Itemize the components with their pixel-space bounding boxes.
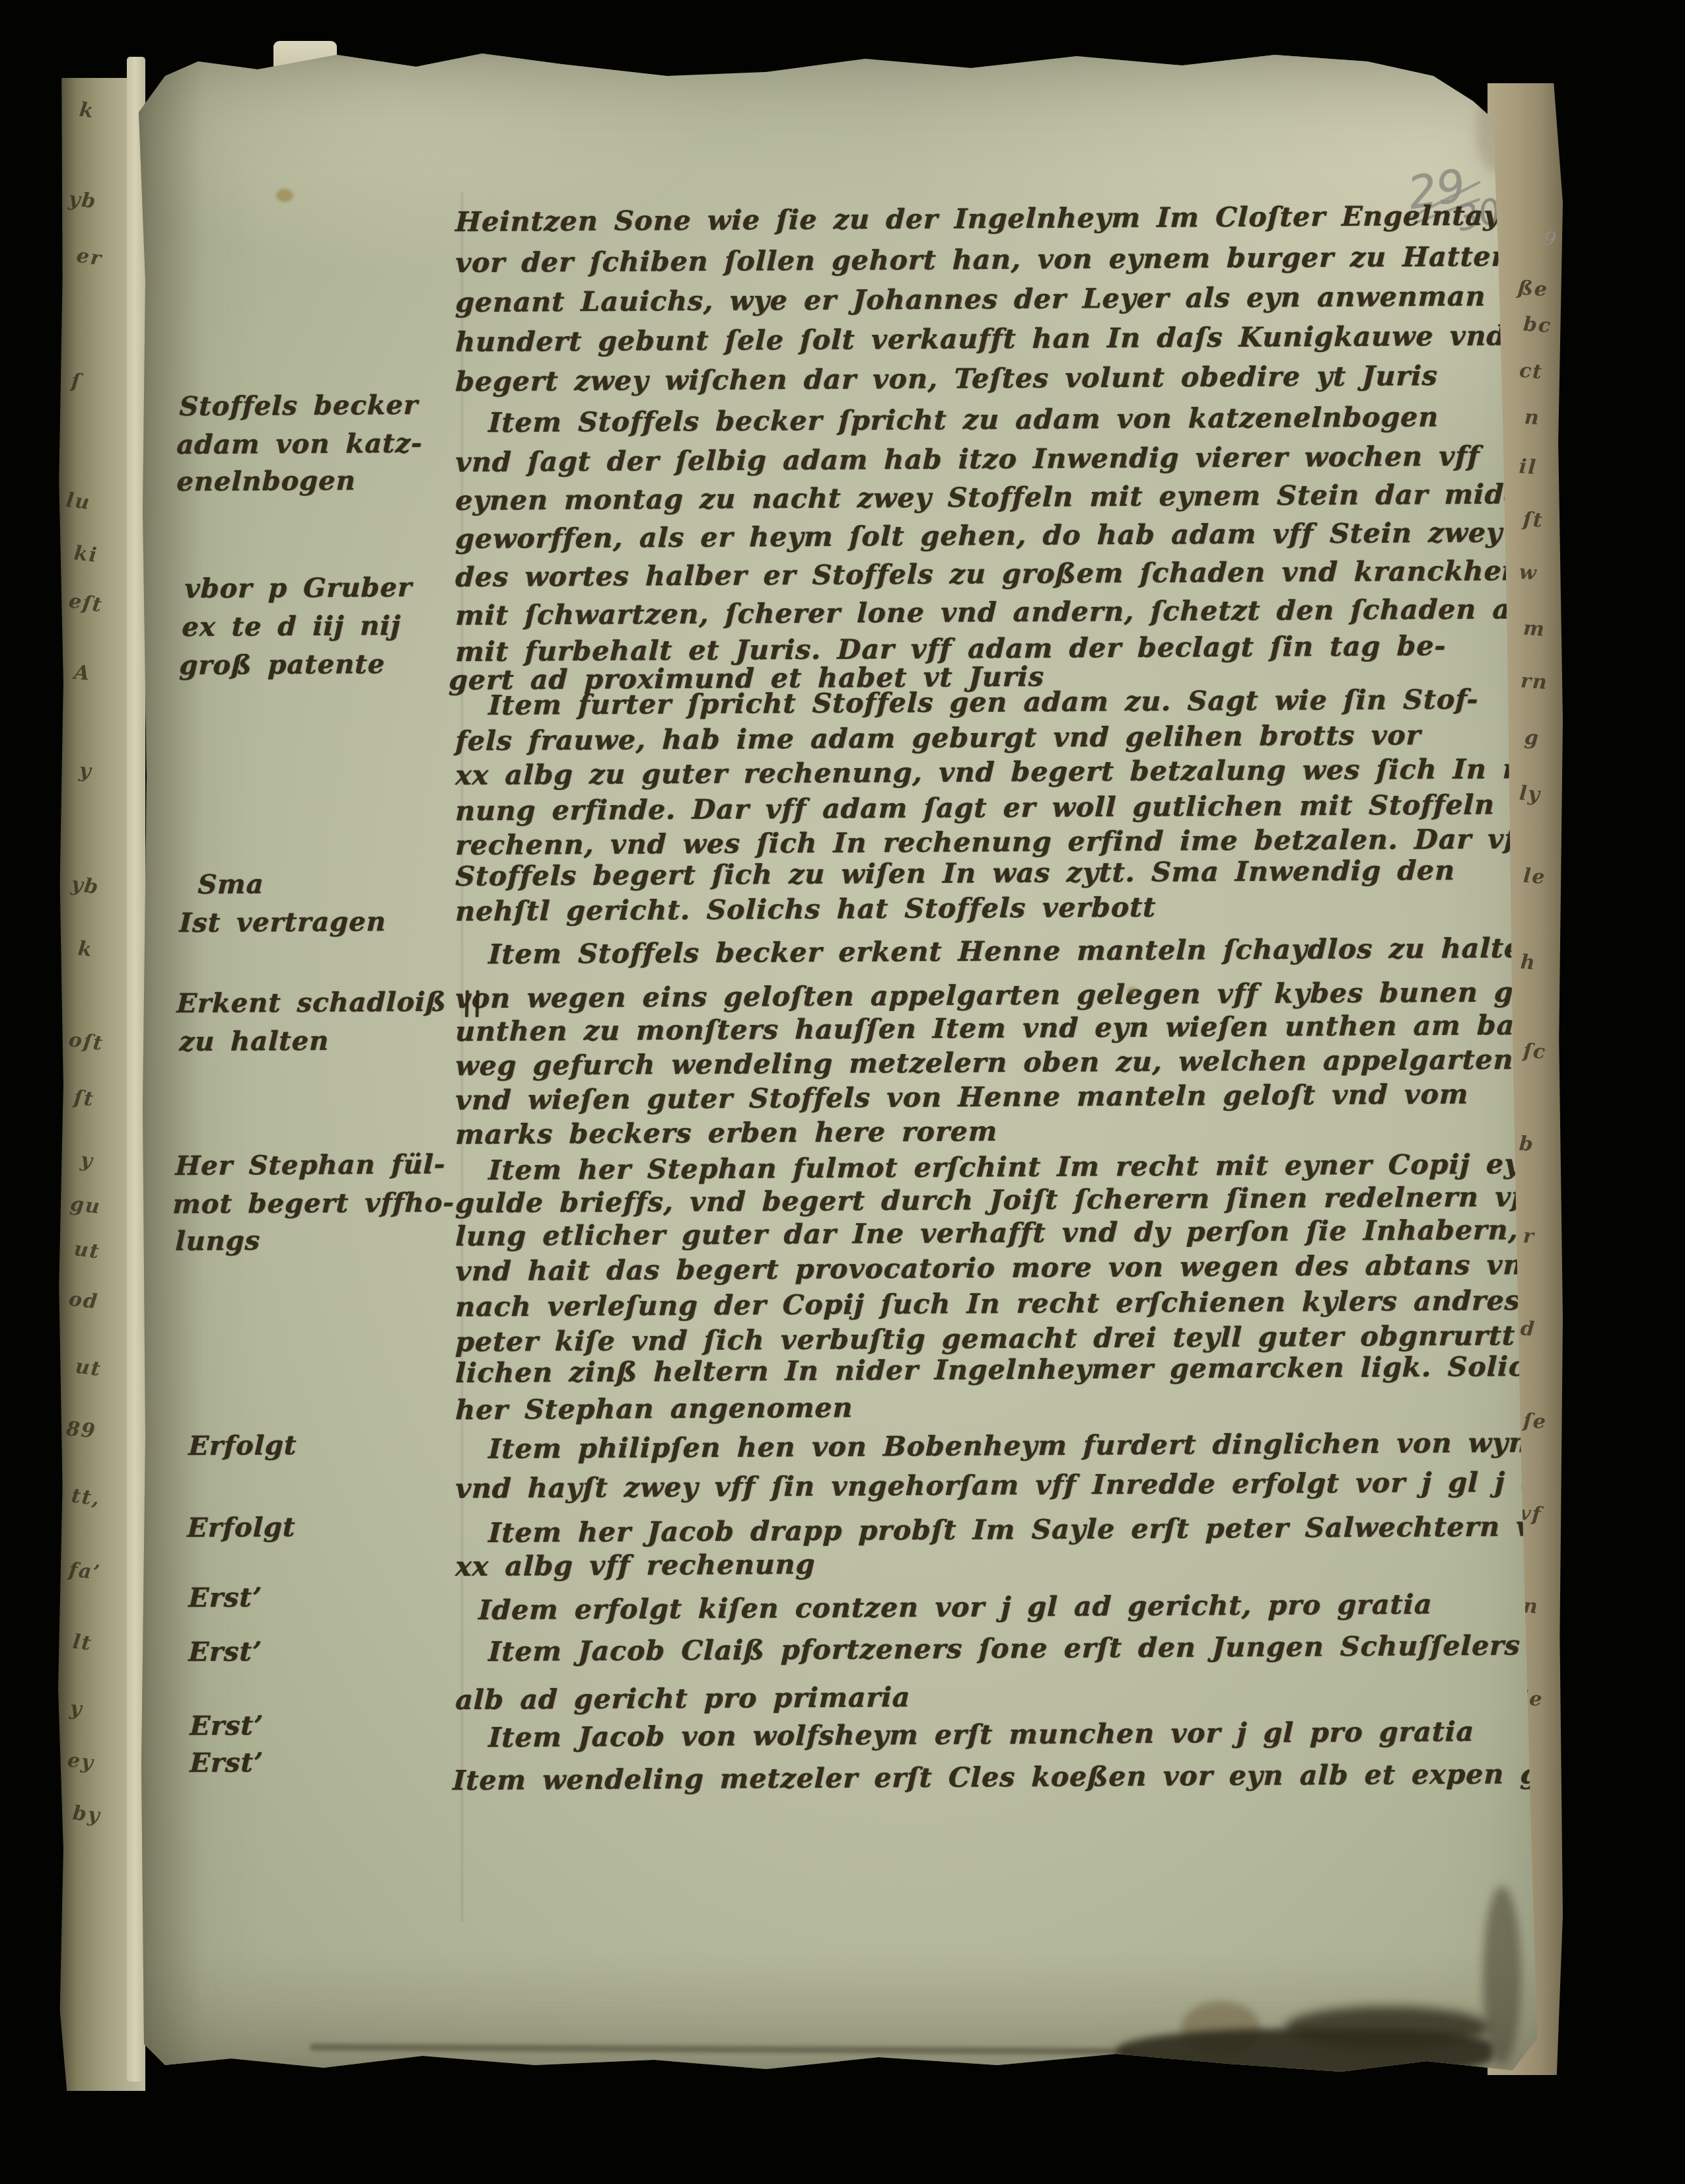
- bleed-text-fragment: by: [71, 1802, 102, 1827]
- manuscript-page: 29 30 Stoffels beckeradam von katz-eneln…: [139, 50, 1565, 2092]
- bleed-text-fragment: ut: [74, 1355, 103, 1382]
- text-line: vor der ſchiben ſollen gehort han, von e…: [455, 240, 1596, 279]
- bleed-text-fragment: fa’: [67, 1559, 102, 1585]
- bleed-text-fragment: y: [79, 1148, 95, 1173]
- bleed-text-fragment: rn: [1520, 670, 1549, 695]
- text-line: vnd hayſt zwey vff ſin vngehorſam vff In…: [455, 1466, 1571, 1504]
- bleed-text-fragment: od: [67, 1288, 99, 1314]
- bleed-text-fragment: ct: [1519, 359, 1544, 384]
- text-line: mit ſchwartzen, ſcherer lone vnd andern,…: [455, 592, 1646, 631]
- text-line: Stoffels begert ſich zu wiſen In was zyt…: [455, 855, 1456, 892]
- text-line: lichen zinß heltern In nider Ingelnheyme…: [455, 1350, 1641, 1389]
- text-line: vnd wieſen guter Stoffels von Henne mant…: [455, 1078, 1469, 1116]
- bleed-text-fragment: yb: [67, 188, 98, 213]
- bleed-text-fragment: oſt: [67, 1028, 105, 1055]
- bleed-text-fragment: w: [1519, 561, 1538, 585]
- text-line: Item wendeling metzeler erſt Cles koeßen…: [452, 1757, 1616, 1796]
- text-line: Item Stoffels becker ſpricht zu adam von…: [488, 401, 1439, 439]
- bleed-text-fragment: gu: [69, 1193, 102, 1219]
- text-line: unthen zu monſters hauſſen Item vnd eyn …: [455, 1009, 1565, 1047]
- text-line: Heintzen Sone wie ſie zu der Ingelnheym …: [455, 199, 1523, 238]
- text-line: her Stephan angenomen: [455, 1391, 853, 1426]
- bleed-text-fragment: 9: [1540, 227, 1560, 252]
- bleed-text-fragment: ſt: [1523, 508, 1544, 532]
- text-line: Item her Stephan fulmot erſchint Im rech…: [488, 1148, 1570, 1186]
- bleed-text-fragment: y: [78, 759, 93, 783]
- bleed-text-fragment: ey: [66, 1749, 95, 1775]
- text-line: vnd ſagt der ſelbig adam hab itzo Inwend…: [455, 440, 1480, 478]
- bleed-text-fragment: lt: [71, 1630, 93, 1655]
- text-line: hundert gebunt ſele ſolt verkaufft han I…: [455, 320, 1507, 358]
- bleed-text-fragment: ſe: [1523, 1409, 1548, 1434]
- bleed-text-fragment: il: [1519, 455, 1538, 479]
- text-line: Item Stoffels becker erkent Henne mantel…: [488, 932, 1543, 970]
- bleed-text-fragment: h: [1520, 950, 1537, 975]
- bleed-text-fragment: le: [1523, 864, 1547, 889]
- bleed-text-fragment: b: [1519, 1132, 1535, 1156]
- bleed-text-fragment: n: [1524, 405, 1541, 430]
- bleed-text-fragment: ly: [1519, 782, 1542, 806]
- bleed-text-fragment: ſ: [71, 369, 83, 393]
- bleed-text-fragment: m: [1523, 617, 1546, 641]
- manuscript-photo-stage: kyberſlukieſtAyybkoſtſtyguutodut89tt,fa’…: [0, 0, 1685, 2184]
- text-line: xx albg vff rechenung: [455, 1549, 816, 1582]
- bleed-text-fragment: ki: [73, 542, 99, 567]
- bleed-text-fragment: A: [73, 661, 92, 686]
- bleed-text-fragment: 89: [65, 1417, 98, 1443]
- text-line: eynen montag zu nacht zwey Stoffeln mit …: [455, 478, 1558, 516]
- bleed-text-fragment: k: [78, 98, 96, 123]
- text-line: des wortes halber er Stoffels zu großem …: [455, 554, 1649, 593]
- bleed-text-fragment: d: [1520, 1317, 1536, 1341]
- text-line: Idem erfolgt kiſen contzen vor j gl ad g…: [478, 1588, 1433, 1626]
- main-text-block: Heintzen Sone wie ſie zu der Ingelnheym …: [0, 0, 1685, 2184]
- text-line: xx albg zu guter rechenung, vnd begert b…: [455, 752, 1604, 791]
- bleed-text-fragment: y: [69, 1697, 84, 1721]
- bleed-text-fragment: eſt: [67, 590, 104, 617]
- text-line: Item philipſen hen von Bobenheym furdert…: [488, 1427, 1605, 1465]
- text-line: alb ad gericht pro primaria: [455, 1681, 911, 1716]
- bleed-text-fragment: r: [1523, 1224, 1536, 1248]
- bleed-text-fragment: lu: [65, 489, 92, 514]
- text-line: lung etlicher guter dar Ine verhafft vnd…: [455, 1214, 1519, 1252]
- bleed-text-fragment: ße: [1517, 276, 1549, 301]
- bleed-text-fragment: bc: [1523, 313, 1553, 338]
- text-line: marks beckers erben here rorem: [455, 1115, 998, 1150]
- text-line: gulde brieffs, vnd begert durch Joiſt ſc…: [455, 1181, 1587, 1219]
- text-line: Item Jacob Claiß pfortzeners ſone erſt d…: [488, 1629, 1641, 1668]
- text-line: Item Jacob von wolfsheym erſt munchen vo…: [488, 1716, 1475, 1753]
- text-line: Item furter ſpricht Stoffels gen adam zu…: [488, 684, 1479, 721]
- bleed-text-fragment: tt,: [70, 1484, 102, 1510]
- bleed-text-fragment: er: [75, 244, 104, 270]
- bleed-text-fragment: ſt: [73, 1086, 95, 1111]
- text-line: von wegen eins geloſten appelgarten gele…: [455, 976, 1589, 1014]
- text-line: genant Lauichs, wye er Johannes der Leye…: [455, 280, 1486, 318]
- text-line: Item her Jacob drapp probſt Im Sayle erſ…: [488, 1510, 1567, 1549]
- bleed-text-fragment: ſc: [1523, 1039, 1548, 1064]
- text-line: nehſtl gericht. Solichs hat Stoffels ver…: [455, 892, 1157, 927]
- text-line: vnd hait das begert provocatorio more vo…: [455, 1249, 1544, 1287]
- bleed-text-fragment: g: [1524, 726, 1540, 750]
- text-line: geworffen, als er heym ſolt gehen, do ha…: [455, 516, 1651, 555]
- text-line: begert zwey wiſchen dar von, Teſtes volu…: [455, 360, 1439, 398]
- bleed-text-fragment: yb: [70, 873, 100, 899]
- text-line: weg gefurch wendeling metzelern oben zu,…: [455, 1043, 1514, 1082]
- text-line: nung erfinde. Dar vff adam ſagt er woll …: [455, 789, 1495, 827]
- text-line: fels frauwe, hab ime adam geburgt vnd ge…: [455, 719, 1421, 757]
- bleed-text-fragment: ut: [73, 1238, 102, 1264]
- bleed-text-fragment: k: [77, 937, 94, 962]
- text-line: nach verleſung der Copij ſuch In recht e…: [455, 1284, 1594, 1323]
